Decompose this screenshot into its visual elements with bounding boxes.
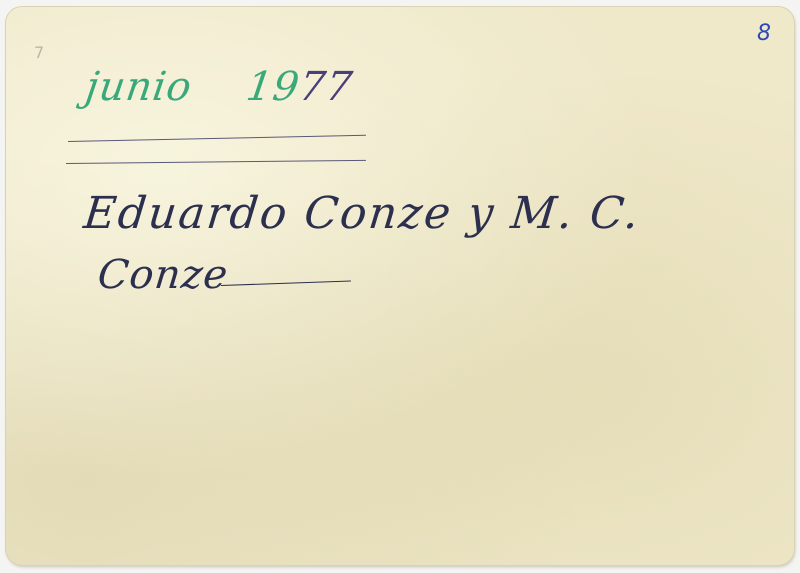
corner-number: 8: [757, 21, 771, 46]
caption-underline: [221, 280, 351, 286]
caption-line-2: Conze: [96, 255, 230, 295]
date-month: junio: [83, 64, 195, 110]
date-inscription: junio 1977: [83, 67, 355, 107]
date-year-prefix: 19: [243, 64, 302, 110]
photo-back-card: 7 8 junio 1977 Eduardo Conze y M. C. Con…: [6, 7, 794, 565]
underline-rule-1: [68, 135, 366, 142]
underline-rule-2: [66, 160, 366, 164]
date-year-overwritten: 77: [296, 64, 355, 110]
caption-line-1: Eduardo Conze y M. C.: [82, 192, 643, 236]
pencil-mark: 7: [34, 43, 44, 62]
